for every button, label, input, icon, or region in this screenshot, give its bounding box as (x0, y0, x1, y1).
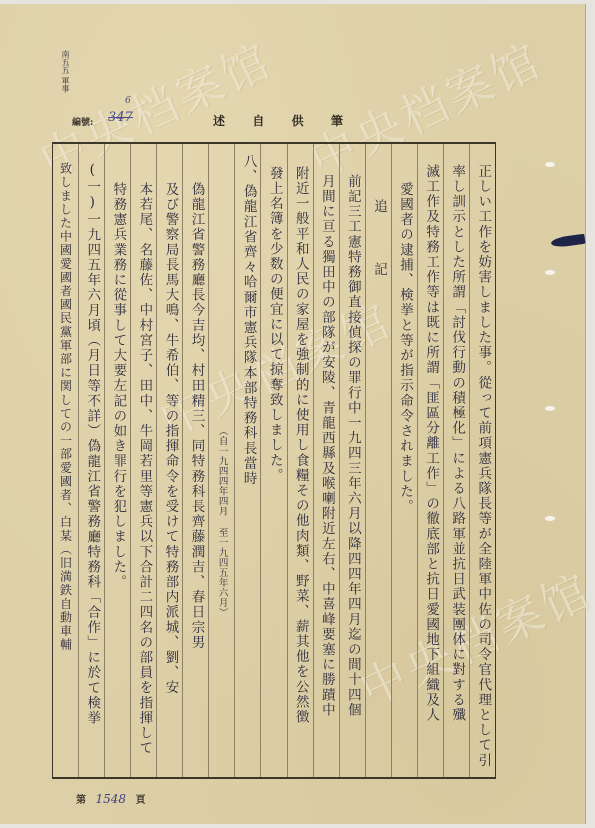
text-column: 八、偽龍江省齊々哈爾市憲兵隊本部特務科長當時 (234, 144, 260, 777)
column-text: 愛國者の逮捕、検挙と等が指示命令されました。 (398, 182, 412, 514)
binding-hole (545, 162, 555, 167)
text-column: 前記三工憲特務御直接偵探の罪行中一九四三年六月以降四四年四月迄の間十四個 (339, 144, 365, 777)
binding-hole (545, 270, 555, 275)
column-text: 滅工作及特務工作等は既に所謂「匪區分離工作」の徹底部と抗日愛國地下組織及人 (424, 164, 438, 723)
manuscript-grid: 正しい工作を妨害しました事。從って前項憲兵隊長等が全陸軍中佐の司令官代理として引… (52, 142, 496, 779)
binding-hole (545, 406, 555, 411)
page-footer: 第 1548 頁 (76, 791, 146, 806)
text-column: 及び警察局長馬大鳴、牛希伯、等の指揮命令を受けて特務部内派城、劉、安 (156, 144, 182, 777)
page-number: 1548 (95, 792, 126, 806)
footer-suffix: 頁 (136, 795, 146, 806)
column-text: 偽龍江省警務廳長今吉均、村田精三、同特務科長齊藤潤吉、春日宗男 (189, 182, 203, 650)
text-column: 致しました中國愛國者國民黨軍部に関しての一部愛國者、白某（旧満鉄自動車輔 (53, 144, 78, 777)
column-text: 特務憲兵業務に從事して大要左記の如き罪行を犯しました。 (111, 182, 125, 590)
text-column: 追 記 (365, 144, 391, 777)
archive-stamp: 南五五 軍事 (48, 50, 70, 93)
document-page: 中央档案馆 中央档案馆 中央档案馆 中央档案馆 南五五 軍事 編號: 347 6… (0, 4, 586, 824)
column-text: 月間に亘る獨田中の部隊が安陵、青龍西縣及喉喇附近左右、中喜峰要塞に勝蹟中 (319, 174, 333, 718)
column-text: 致しました中國愛國者國民黨軍部に関しての一部愛國者、白某（旧満鉄自動車輔 (59, 162, 71, 652)
serial-label: 編號: (72, 115, 93, 128)
column-text: 發上名簿を少数の便宜に以て掠奪致しました。 (267, 166, 281, 483)
text-column: 特務憲兵業務に從事して大要左記の如き罪行を犯しました。 (104, 144, 130, 777)
text-column: 率し訓示とした所謂「討伐行動の積極化」による八路軍並抗日武装團体に對する殲 (443, 144, 469, 777)
date-range-note: （自一九四四年四月 至一九四五年六月） (217, 426, 227, 618)
column-text: 本若尾、名藤佐、中村宮子、田中、牛岡若里等憲兵以下合計二四名の部員を指揮して (137, 182, 151, 756)
column-text: 前記三工憲特務御直接偵探の罪行中一九四三年六月以降四四年四月迄の間十四個 (345, 174, 359, 718)
binding-hole (545, 516, 555, 521)
footer-prefix: 第 (76, 795, 86, 806)
serial-number: 347 (108, 110, 133, 125)
title-char: 筆 (331, 112, 343, 129)
text-column: 附近一般平和人民の家屋を強制的に使用し食糧その他肉類、野菜、薪其他を公然徴 (287, 144, 313, 777)
column-text: 附近一般平和人民の家屋を強制的に使用し食糧その他肉類、野菜、薪其他を公然徴 (293, 166, 307, 725)
title-char: 自 (252, 112, 264, 129)
form-header: 編號: 347 6 筆 供 自 述 (0, 112, 586, 134)
text-column: 愛國者の逮捕、検挙と等が指示命令されました。 (391, 144, 417, 777)
form-title: 筆 供 自 述 (213, 112, 343, 129)
text-column: (一)一九四五年六月頃（月日等不詳）偽龍江省警務廳特務科「合作」に於て検挙 (78, 144, 104, 777)
column-text: 追 記 (371, 199, 385, 294)
column-text: (一)一九四五年六月頃（月日等不詳）偽龍江省警務廳特務科「合作」に於て検挙 (85, 162, 99, 726)
text-column: 正しい工作を妨害しました事。從って前項憲兵隊長等が全陸軍中佐の司令官代理として引 (469, 144, 495, 777)
ink-blot (550, 234, 585, 249)
column-text: 率し訓示とした所謂「討伐行動の積極化」による八路軍並抗日武装團体に對する殲 (450, 164, 464, 723)
title-char: 供 (292, 112, 304, 129)
text-column: 滅工作及特務工作等は既に所謂「匪區分離工作」の徹底部と抗日愛國地下組織及人 (417, 144, 443, 777)
serial-correction: 6 (125, 96, 131, 106)
column-text: 正しい工作を妨害しました事。從って前項憲兵隊長等が全陸軍中佐の司令官代理として引 (476, 164, 490, 768)
text-column: （自一九四四年四月 至一九四五年六月） (208, 144, 234, 777)
text-column: 發上名簿を少数の便宜に以て掠奪致しました。 (260, 144, 286, 777)
column-text: 八、偽龍江省齊々哈爾市憲兵隊本部特務科長當時 (241, 154, 255, 486)
title-char: 述 (213, 112, 225, 129)
text-column: 本若尾、名藤佐、中村宮子、田中、牛岡若里等憲兵以下合計二四名の部員を指揮して (130, 144, 156, 777)
text-column: 偽龍江省警務廳長今吉均、村田精三、同特務科長齊藤潤吉、春日宗男 (182, 144, 208, 777)
column-text: 及び警察局長馬大鳴、牛希伯、等の指揮命令を受けて特務部内派城、劉、安 (163, 182, 177, 695)
text-column: 月間に亘る獨田中の部隊が安陵、青龍西縣及喉喇附近左右、中喜峰要塞に勝蹟中 (313, 144, 339, 777)
